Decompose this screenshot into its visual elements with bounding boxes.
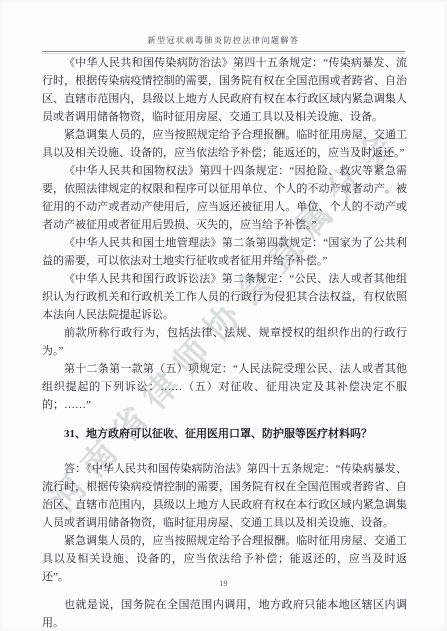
paragraph: 前款所称行政行为，包括法律、法规、规章授权的组织作出的行政行为。” — [42, 324, 407, 360]
paragraph: 第十二条第一款第（五）项规定：“人民法院受理公民、法人或者其他组织提起的下列诉讼… — [42, 360, 407, 414]
document-page: 河南省律师协会直属分会 新型冠状病毒肺炎防控法律问题解答 《中华人民共和国传染病… — [0, 0, 447, 631]
paragraph: 紧急调集人员的，应当按照规定给予合理报酬。临时征用房屋、交通工具以及相关设施、设… — [42, 126, 407, 162]
question-heading: 31、地方政府可以征收、征用医用口罩、防护服等医疗材料吗？ — [42, 425, 407, 443]
answer-paragraph: 答：《中华人民共和国传染病防治法》第四十五条规定：“传染病暴发、流行时，根据传染… — [42, 460, 407, 532]
paragraph: 《中华人民共和国土地管理法》第二条第四款规定：“国家为了公共利益的需要，可以依法… — [42, 234, 407, 270]
header-title: 新型冠状病毒肺炎防控法律问题解答 — [148, 36, 300, 45]
answer-paragraph: 也就是说，国务院在全国范围内调用，地方政府只能本地区辖区内调用。 — [42, 596, 407, 631]
paragraph: 《中华人民共和国传染病防治法》第四十五条规定：“传染病暴发、流行时，根据传染病疫… — [42, 54, 407, 126]
page-footer: 19 — [0, 573, 447, 591]
paragraph: 《中华人民共和国行政诉讼法》第二条规定：“公民、法人或者其他组织认为行政机关和行… — [42, 270, 407, 324]
paragraph: 《中华人民共和国物权法》第四十四条规定：“因抢险、救灾等紧急需要，依照法律规定的… — [42, 162, 407, 234]
page-header: 新型冠状病毒肺炎防控法律问题解答 — [0, 30, 447, 54]
document-body: 《中华人民共和国传染病防治法》第四十五条规定：“传染病暴发、流行时，根据传染病疫… — [42, 54, 407, 631]
page-number: 19 — [220, 579, 228, 588]
